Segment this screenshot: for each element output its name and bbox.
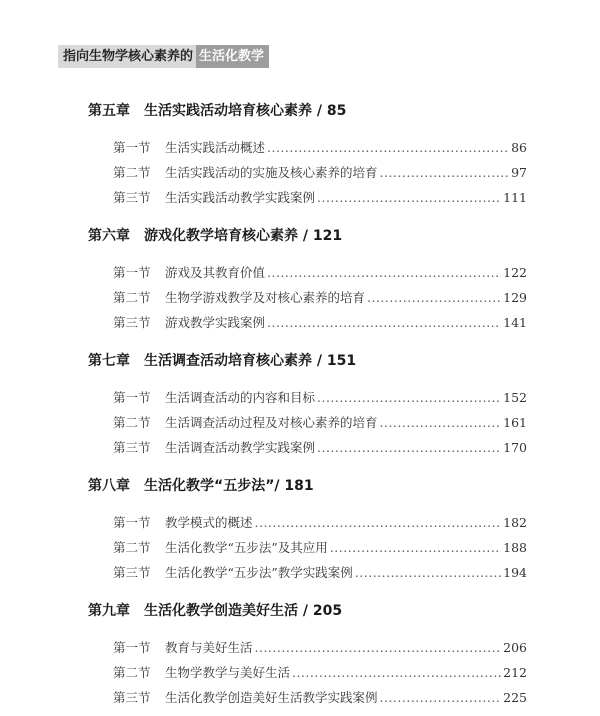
toc-entry[interactable]: 第三节生活实践活动教学实践案例111 <box>113 188 527 206</box>
chapter-heading: 第五章生活实践活动培育核心素养 / 85 <box>88 100 346 120</box>
chapter-heading: 第八章生活化教学“五步法”/ 181 <box>88 475 314 495</box>
toc-entry[interactable]: 第一节生活实践活动概述86 <box>113 138 527 156</box>
section-number: 第二节 <box>113 288 165 306</box>
page-number: 129 <box>503 290 527 305</box>
toc-entry[interactable]: 第二节生活调查活动过程及对核心素养的培育161 <box>113 413 527 431</box>
toc-entry[interactable]: 第一节生活调查活动的内容和目标152 <box>113 388 527 406</box>
section-title: 生活化教学“五步法”教学实践案例 <box>165 563 353 581</box>
section-title: 教学模式的概述 <box>165 513 253 531</box>
chapter-number: 第九章 <box>88 603 130 619</box>
dot-leader <box>355 565 501 580</box>
chapter-title: 生活化教学创造美好生活 / 205 <box>144 603 342 619</box>
section-number: 第一节 <box>113 138 165 156</box>
dot-leader <box>317 390 501 405</box>
dot-leader <box>292 665 501 680</box>
dot-leader <box>267 265 501 280</box>
page-number: 194 <box>503 565 527 580</box>
toc-entry[interactable]: 第二节生物学教学与美好生活212 <box>113 663 527 681</box>
section-number: 第三节 <box>113 563 165 581</box>
section-number: 第一节 <box>113 388 165 406</box>
section-number: 第三节 <box>113 188 165 206</box>
page-number: 97 <box>511 165 527 180</box>
chapter-number: 第七章 <box>88 353 130 369</box>
section-title: 生活实践活动的实施及核心素养的培育 <box>165 163 378 181</box>
page-number: 141 <box>503 315 527 330</box>
chapter-heading: 第六章游戏化教学培育核心素养 / 121 <box>88 225 342 245</box>
page-number: 182 <box>503 515 527 530</box>
dot-leader <box>255 640 502 655</box>
toc-entry[interactable]: 第三节生活化教学“五步法”教学实践案例194 <box>113 563 527 581</box>
dot-leader <box>380 165 510 180</box>
toc-entry[interactable]: 第二节生物学游戏教学及对核心素养的培育129 <box>113 288 527 306</box>
chapter-title: 生活调查活动培育核心素养 / 151 <box>144 353 356 369</box>
chapter-title: 生活化教学“五步法”/ 181 <box>144 478 314 494</box>
section-title: 生活调查活动过程及对核心素养的培育 <box>165 413 378 431</box>
dot-leader <box>380 415 502 430</box>
section-title: 生物学教学与美好生活 <box>165 663 290 681</box>
section-number: 第二节 <box>113 663 165 681</box>
chapter-title: 生活实践活动培育核心素养 / 85 <box>144 103 346 119</box>
dot-leader <box>317 190 501 205</box>
section-number: 第二节 <box>113 538 165 556</box>
dot-leader <box>267 315 501 330</box>
toc-entry[interactable]: 第二节生活化教学“五步法”及其应用188 <box>113 538 527 556</box>
section-title: 游戏教学实践案例 <box>165 313 265 331</box>
section-title: 生活实践活动概述 <box>165 138 265 156</box>
chapter-number: 第八章 <box>88 478 130 494</box>
header-title-part1: 指向生物学核心素养的 <box>58 45 196 68</box>
page-number: 206 <box>503 640 527 655</box>
page-number: 152 <box>503 390 527 405</box>
section-number: 第一节 <box>113 638 165 656</box>
header-title-part2: 生活化教学 <box>196 45 269 68</box>
toc-entry[interactable]: 第一节教育与美好生活206 <box>113 638 527 656</box>
dot-leader <box>367 290 501 305</box>
dot-leader <box>267 140 509 155</box>
section-number: 第二节 <box>113 163 165 181</box>
chapter-number: 第五章 <box>88 103 130 119</box>
page-number: 111 <box>503 190 527 205</box>
section-number: 第一节 <box>113 513 165 531</box>
section-number: 第三节 <box>113 438 165 456</box>
page-number: 212 <box>503 665 527 680</box>
section-title: 生活化教学“五步法”及其应用 <box>165 538 328 556</box>
dot-leader <box>380 690 502 705</box>
section-title: 游戏及其教育价值 <box>165 263 265 281</box>
page-number: 161 <box>503 415 527 430</box>
section-number: 第二节 <box>113 413 165 431</box>
chapter-title: 游戏化教学培育核心素养 / 121 <box>144 228 342 244</box>
section-title: 生物学游戏教学及对核心素养的培育 <box>165 288 365 306</box>
section-title: 生活调查活动的内容和目标 <box>165 388 315 406</box>
dot-leader <box>317 440 501 455</box>
page-number: 188 <box>503 540 527 555</box>
toc-entry[interactable]: 第三节生活化教学创造美好生活教学实践案例225 <box>113 688 527 706</box>
chapter-heading: 第七章生活调查活动培育核心素养 / 151 <box>88 350 356 370</box>
section-title: 生活实践活动教学实践案例 <box>165 188 315 206</box>
section-title: 生活化教学创造美好生活教学实践案例 <box>165 688 378 706</box>
dot-leader <box>330 540 501 555</box>
running-header: 指向生物学核心素养的 生活化教学 <box>58 45 269 68</box>
section-number: 第一节 <box>113 263 165 281</box>
section-title: 教育与美好生活 <box>165 638 253 656</box>
page-number: 225 <box>503 690 527 705</box>
page-number: 86 <box>511 140 527 155</box>
chapter-heading: 第九章生活化教学创造美好生活 / 205 <box>88 600 342 620</box>
page-number: 170 <box>503 440 527 455</box>
toc-entry[interactable]: 第三节游戏教学实践案例141 <box>113 313 527 331</box>
section-number: 第三节 <box>113 313 165 331</box>
toc-entry[interactable]: 第一节游戏及其教育价值122 <box>113 263 527 281</box>
chapter-number: 第六章 <box>88 228 130 244</box>
dot-leader <box>255 515 502 530</box>
section-number: 第三节 <box>113 688 165 706</box>
toc-entry[interactable]: 第三节生活调查活动教学实践案例170 <box>113 438 527 456</box>
section-title: 生活调查活动教学实践案例 <box>165 438 315 456</box>
toc-entry[interactable]: 第二节生活实践活动的实施及核心素养的培育97 <box>113 163 527 181</box>
toc-entry[interactable]: 第一节教学模式的概述182 <box>113 513 527 531</box>
page-number: 122 <box>503 265 527 280</box>
